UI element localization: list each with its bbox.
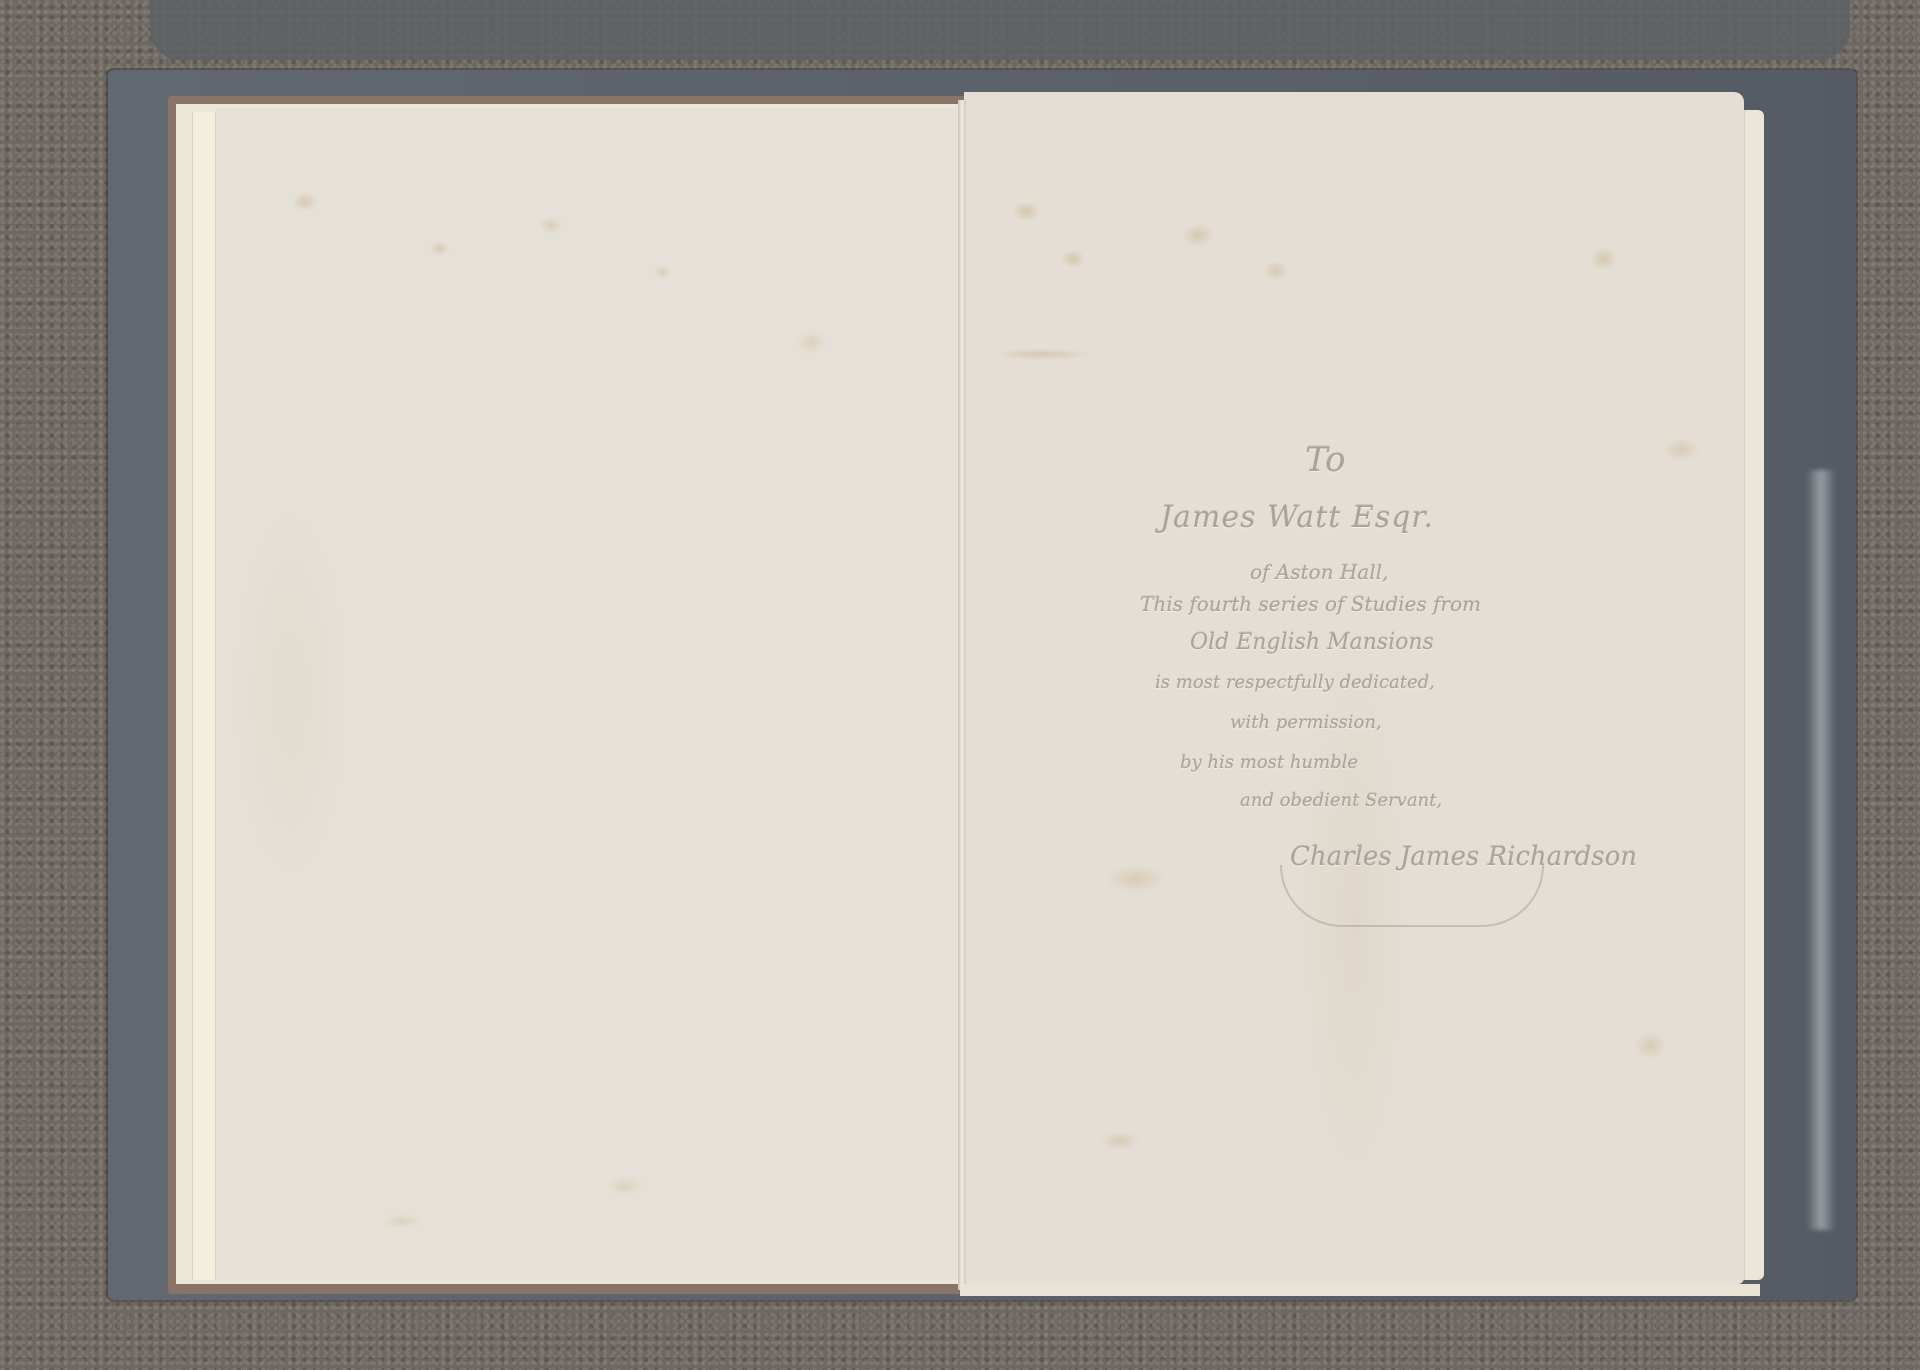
book-gutter bbox=[958, 100, 966, 1290]
dedication-dedicated: is most respectfully dedicated, bbox=[1155, 672, 1435, 693]
dedication-recipient: James Watt Esqr. bbox=[1160, 500, 1434, 535]
right-page-stack bbox=[1742, 110, 1764, 1280]
dedication-series: This fourth series of Studies from bbox=[1140, 592, 1481, 616]
signature-flourish bbox=[1280, 865, 1544, 927]
dedication-mansions: Old English Mansions bbox=[1190, 630, 1434, 655]
bottom-page-edge bbox=[960, 1284, 1760, 1296]
flyleaf-strip bbox=[192, 112, 216, 1280]
dedication-to: To bbox=[1305, 440, 1346, 480]
protective-sleeve bbox=[150, 0, 1850, 60]
dedication-humble: by his most humble bbox=[1180, 752, 1358, 773]
dedication-permission: with permission, bbox=[1230, 712, 1382, 733]
dedication-servant: and obedient Servant, bbox=[1240, 790, 1442, 811]
dedication-of: of Aston Hall, bbox=[1250, 560, 1388, 584]
left-page[interactable] bbox=[216, 108, 960, 1280]
cover-sheen bbox=[1806, 470, 1836, 1230]
